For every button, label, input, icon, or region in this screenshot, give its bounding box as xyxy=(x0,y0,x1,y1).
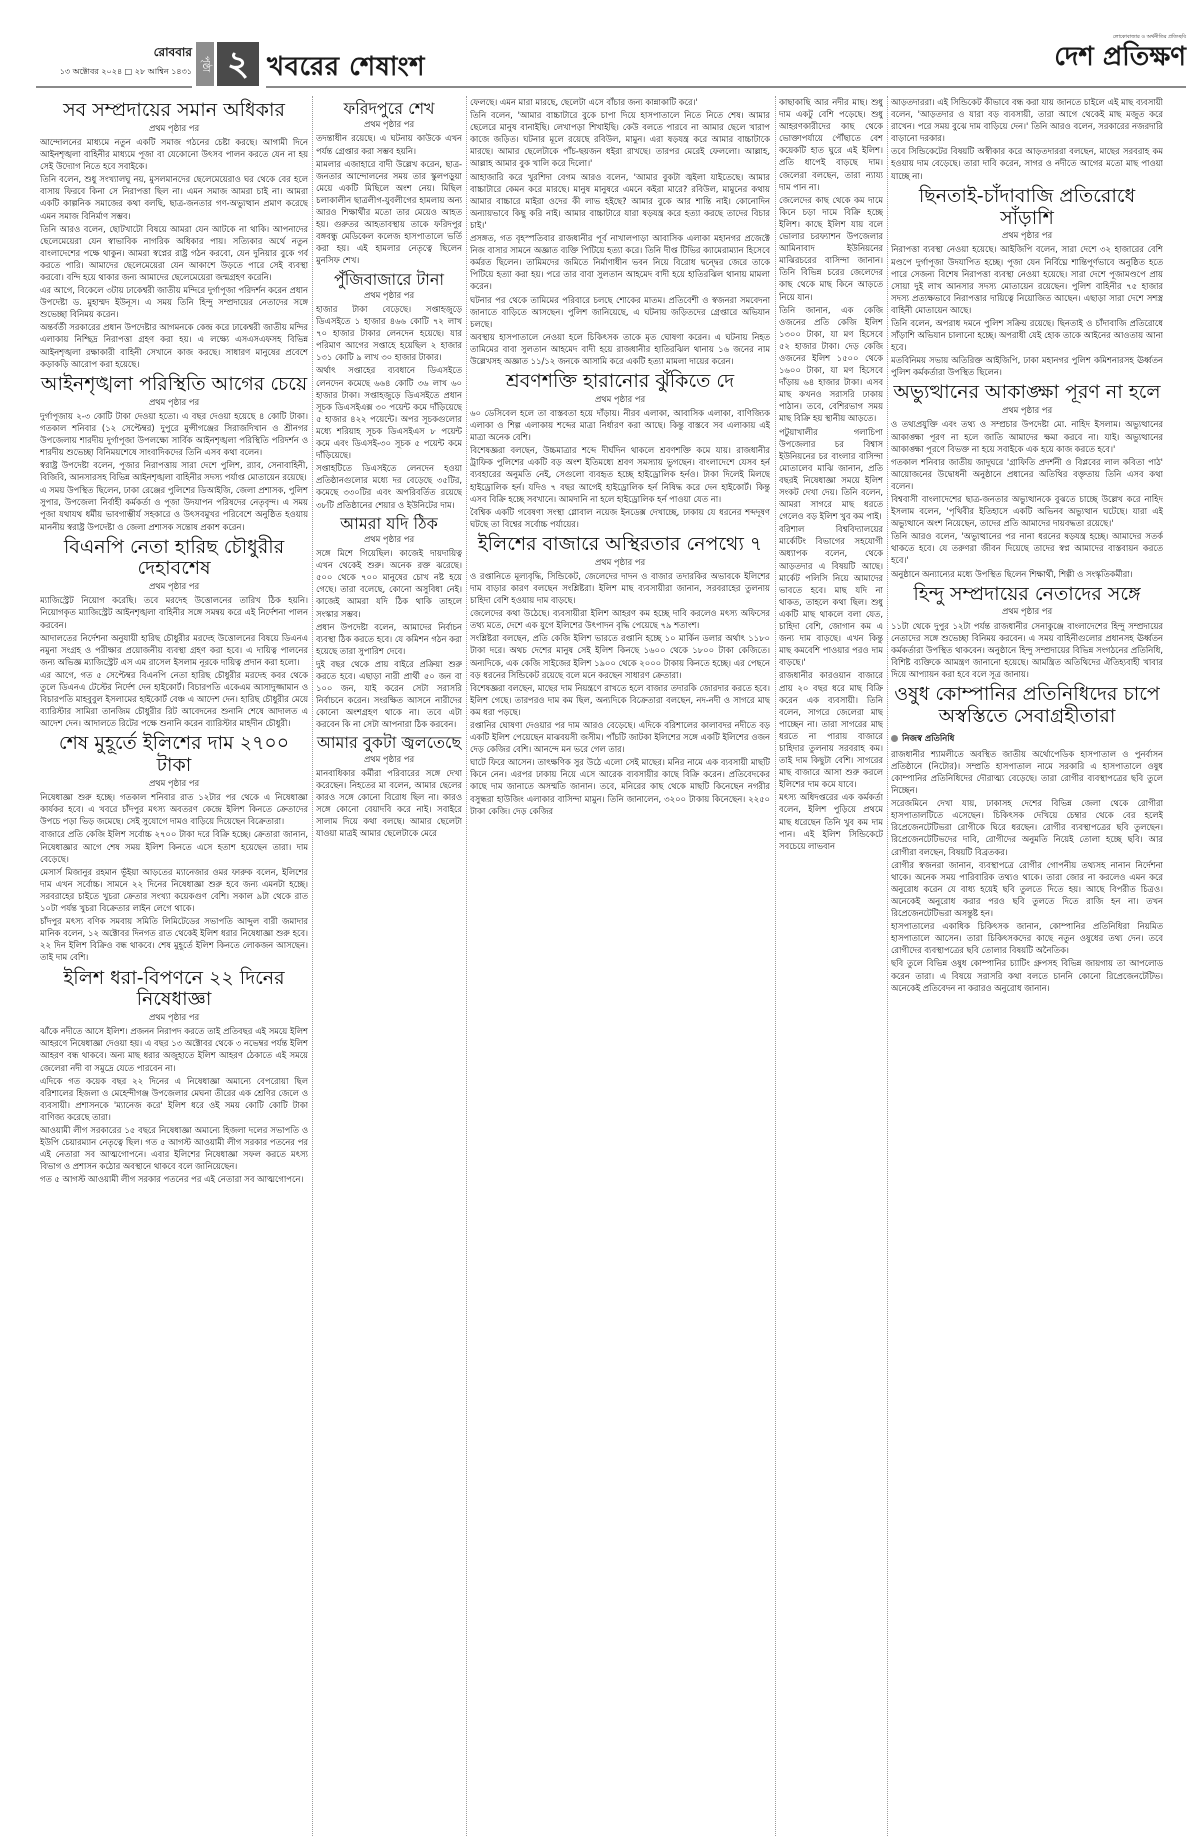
paragraph: সঙ্গে মিশে গিয়েছিল। কাজেই দায়দায়িত্ব … xyxy=(316,547,462,620)
headline: হিন্দু সম্প্রদায়ের নেতাদের সঙ্গে xyxy=(891,584,1163,606)
headline: পুঁজিবাজারে টানা xyxy=(316,271,462,289)
paragraph: দুই বছর থেকে প্রায় বাইরে প্রক্রিয়া শুর… xyxy=(316,658,462,731)
paragraph: বিশ্ববাসী বাংলাদেশের ছাত্র-জনতার অভ্যুত্… xyxy=(891,493,1163,529)
article-if-we-are-right: আমরা যদি ঠিক প্রথম পৃষ্ঠার পর সঙ্গে মিশে… xyxy=(316,515,462,731)
continued-label: প্রথম পৃষ্ঠার পর xyxy=(40,122,308,134)
article-anti-extortion: ছিনতাই-চাঁদাবাজি প্রতিরোধে সাঁড়াশি প্রথ… xyxy=(891,186,1163,379)
paragraph: তিনি আরও বলেন, 'অভ্যুত্থানের পর নানা ধরন… xyxy=(891,530,1163,566)
column-d: কাছাকাছি আর নদীর মাছ। শুধু দাম একটু বেশি… xyxy=(779,96,883,1838)
article-hindu-leaders: হিন্দু সম্প্রদায়ের নেতাদের সঙ্গে প্রথম … xyxy=(891,584,1163,680)
paragraph: এর আগে, বিকেলে ৩টায় ঢাকেশ্বরী জাতীয় মন… xyxy=(40,284,308,320)
continued-label: প্রথম পৃষ্ঠার পর xyxy=(40,396,308,408)
article-law-order: আইনশৃঙ্খলা পরিস্থিতি আগের চেয়ে প্রথম পৃ… xyxy=(40,374,308,533)
paragraph: ১১টা থেকে দুপুর ১২টা পর্যন্ত রাজধানীর সে… xyxy=(891,620,1163,680)
continued-label: প্রথম পৃষ্ঠার পর xyxy=(40,1011,308,1023)
column-b: ফরিদপুরে শেখ প্রথম পৃষ্ঠার পর তদন্তাধীন … xyxy=(316,96,462,1838)
paragraph: তদন্তাধীন রয়েছে। এ ঘটনায় কাউকে এখন পর্… xyxy=(316,132,462,156)
headline-line-2: অস্বস্তিতে সেবাগ্রহীতারা xyxy=(891,706,1163,728)
byline-text: নিজস্ব প্রতিনিধি xyxy=(902,733,954,743)
paragraph: ৬০ ডেসিবেল হলে তা বাস্তবতা হয়ে দাঁড়ায়… xyxy=(470,407,770,443)
paragraph: আড়তদাররা। এই সিন্ডিকেট কীভাবে বন্ধ করা … xyxy=(891,96,1163,144)
article-pharma-representatives: ওষুধ কোম্পানির প্রতিনিধিদের চাপে অস্বস্ত… xyxy=(891,684,1163,994)
continued-label: প্রথম পৃষ্ঠার পর xyxy=(316,118,462,130)
paragraph: তিনি বলেন, অপরাধ দমনে পুলিশ সক্রিয় রয়ে… xyxy=(891,317,1163,353)
issue-day: রোববার xyxy=(36,44,192,64)
paragraph: ঘটনার পর থেকে তামিমের পরিবারে চলছে শোকের… xyxy=(470,294,770,330)
bullet-icon xyxy=(891,735,898,742)
paragraph: রাজধানীর শ্যামলীতে অবস্থিত জাতীয় অর্থোপ… xyxy=(891,748,1163,796)
headline: বিএনপি নেতা হারিছ চৌধুরীর দেহাবশেষ xyxy=(40,537,308,581)
article-uprising-aspirations: অভ্যুত্থানের আকাঙ্ক্ষা পূরণ না হলে প্রথম… xyxy=(891,382,1163,579)
paragraph: কাছাকাছি আর নদীর মাছ। শুধু দাম একটু বেশি… xyxy=(779,96,883,193)
paragraph: আহাজারি করে খুরশিদা বেগম আরও বলেন, 'আমার… xyxy=(470,171,770,231)
headline: ইলিশ ধরা-বিপণনে ২২ দিনের নিষেধাজ্ঞা xyxy=(40,968,308,1012)
paragraph: রপ্তানির ঘোষণা দেওয়ার পর দাম আরও বেড়েছ… xyxy=(470,719,770,755)
column-divider xyxy=(887,96,888,1836)
continued-label: প্রথম পৃষ্ঠার পর xyxy=(40,777,308,789)
paragraph: প্রধান উপদেষ্টা বলেন, আমাদের নির্বাচন ব্… xyxy=(316,621,462,657)
article-hearing-loss: শ্রবণশক্তি হারানোর ঝুঁকিতে দে প্রথম পৃষ্… xyxy=(470,371,770,530)
headline: আমার বুকটা জ্বলতেছে xyxy=(316,734,462,752)
article-faridpur-continued: ফেলছে। এমন মারা মারছে, ছেলেটা এসে বাঁচার… xyxy=(470,96,770,367)
headline: ফরিদপুরে শেখ xyxy=(316,100,462,118)
headline: ইলিশের বাজারে অস্থিরতার নেপথ্যে ৭ xyxy=(470,534,770,556)
paragraph: অনুষ্ঠানে অন্যান্যের মধ্যে উপস্থিত ছিলেন… xyxy=(891,568,1163,580)
paragraph: জেলেদের কথা উঠেছে। ব্যবসায়ীরা ইলিশ আহরণ… xyxy=(470,607,770,631)
continued-label: প্রথম পৃষ্ঠার পর xyxy=(891,229,1163,241)
article-stock-market: পুঁজিবাজারে টানা প্রথম পৃষ্ঠার পর হাজার … xyxy=(316,271,462,511)
paragraph: তিনি জানান, এক কেজি ওজনের প্রতি কেজি ইলি… xyxy=(779,304,883,425)
continued-label: প্রথম পৃষ্ঠার পর xyxy=(316,289,462,301)
logo-tagline: লোকোবাজার ও অর্থনীতির প্রতিচ্ছবি xyxy=(1054,34,1186,42)
continued-label: প্রথম পৃষ্ঠার পর xyxy=(40,580,308,592)
paragraph: আওয়ামী লীগ সরকারের ১৫ বছরে নিষেধাজ্ঞা অ… xyxy=(40,1124,308,1172)
paragraph: মৎস্য অধিদপ্তরের এক কর্মকর্তা বলেন, ইলিশ… xyxy=(779,791,883,851)
page-label: পৃষ্ঠা xyxy=(196,42,214,86)
byline: নিজস্ব প্রতিনিধি xyxy=(891,732,1163,744)
paragraph: বরিশাল বিশ্ববিদ্যালয়ের মার্কেটিং বিভাগে… xyxy=(779,523,883,668)
paragraph: বাজারে প্রতি কেজি ইলিশ সর্বোচ্চ ২৭০০ টাক… xyxy=(40,828,308,864)
paragraph: আদালতের নির্দেশনা অনুযায়ী হারিছ চৌধুরীর… xyxy=(40,632,308,668)
headline: শ্রবণশক্তি হারানোর ঝুঁকিতে দে xyxy=(470,371,770,393)
article-bnp-leader: বিএনপি নেতা হারিছ চৌধুরীর দেহাবশেষ প্রথম… xyxy=(40,537,308,730)
issue-date: ১৩ অক্টোবর ২০২৪ □ ২৮ আশ্বিন ১৪৩১ xyxy=(36,66,192,79)
article-my-heart-burns: আমার বুকটা জ্বলতেছে প্রথম পৃষ্ঠার পর মান… xyxy=(316,734,462,839)
paragraph: নিষেধাজ্ঞা শুরু হচ্ছে। গতকাল শনিবার রাত … xyxy=(40,791,308,827)
article-faridpur: ফরিদপুরে শেখ প্রথম পৃষ্ঠার পর তদন্তাধীন … xyxy=(316,100,462,267)
paragraph: রোগীর স্বজনরা জানান, ব্যবস্থাপত্রে রোগীর… xyxy=(891,859,1163,919)
masthead: রোববার ১৩ অক্টোবর ২০২৪ □ ২৮ আশ্বিন ১৪৩১ … xyxy=(36,40,1186,88)
headline: আইনশৃঙ্খলা পরিস্থিতি আগের চেয়ে xyxy=(40,374,308,396)
article-equal-rights: সব সম্প্রদায়ের সমান অধিকার প্রথম পৃষ্ঠা… xyxy=(40,100,308,370)
headline: আমরা যদি ঠিক xyxy=(316,515,462,533)
paragraph: বৈশ্বিক একটি গবেষণা সংস্থা গ্লোবাল নয়েজ… xyxy=(470,506,770,530)
paragraph: ফেলছে। এমন মারা মারছে, ছেলেটা এসে বাঁচার… xyxy=(470,96,770,108)
column-divider xyxy=(312,96,313,1836)
article-hilsa-market-instability: ইলিশের বাজারে অস্থিরতার নেপথ্যে ৭ প্রথম … xyxy=(470,534,770,817)
paragraph: তিনি আরও বলেন, ছোটখাটো বিষয়ে আমরা যেন আ… xyxy=(40,223,308,283)
continued-label: প্রথম পৃষ্ঠার পর xyxy=(470,556,770,568)
paragraph: প্রসঙ্গত, গত বৃহস্পতিবার রাজধানীর পূর্ব … xyxy=(470,232,770,292)
continued-label: প্রথম পৃষ্ঠার পর xyxy=(470,393,770,405)
paragraph: ছবি তুলে বিভিন্ন ওষুধ কোম্পানির চ্যাটিং … xyxy=(891,957,1163,993)
paragraph: আন্দোলনের মাধ্যমে নতুন একটি সমাজ গঠনের চ… xyxy=(40,136,308,172)
paragraph: এদিকে গত কয়েক বছর ২২ দিনের এ নিষেধাজ্ঞা… xyxy=(40,1075,308,1123)
paragraph: এর আগে, গত ৫ সেপ্টেম্বর বিএনপি নেতা হারি… xyxy=(40,669,308,729)
column-c: ফেলছে। এমন মারা মারছে, ছেলেটা এসে বাঁচার… xyxy=(470,96,770,1838)
column-a: সব সম্প্রদায়ের সমান অধিকার প্রথম পৃষ্ঠা… xyxy=(40,96,308,1838)
paragraph: সরেজমিনে দেখা যায়, ঢাকাসহ দেশের বিভিন্ন… xyxy=(891,797,1163,857)
article-hilsa-syndicate-continued: আড়তদাররা। এই সিন্ডিকেট কীভাবে বন্ধ করা … xyxy=(891,96,1163,182)
paragraph: তবে সিন্ডিকেটের বিষয়টি অস্বীকার করে আড়… xyxy=(891,145,1163,181)
column-divider xyxy=(466,96,467,1836)
paragraph: চাঁদপুর মৎস্য বণিক সমবায় সমিতি লিমিটেডে… xyxy=(40,915,308,963)
paragraph: হাসপাতালের একাধিক চিকিৎসক জানান, কোম্পান… xyxy=(891,920,1163,956)
headline-line-1: ওষুধ কোম্পানির প্রতিনিধিদের চাপে xyxy=(891,684,1163,706)
paragraph: ও রপ্তানিতে মূল্যবৃদ্ধি, সিন্ডিকেট, জেলে… xyxy=(470,570,770,606)
article-hilsa-ban: ইলিশ ধরা-বিপণনে ২২ দিনের নিষেধাজ্ঞা প্রথ… xyxy=(40,968,308,1186)
issue-date-block: রোববার ১৩ অক্টোবর ২০২৪ □ ২৮ আশ্বিন ১৪৩১ xyxy=(36,44,192,79)
paragraph: অন্তর্বর্তী সরকারের প্রধান উপদেষ্টার আগম… xyxy=(40,321,308,369)
paragraph: সপ্তাহটিতে ডিএসইতে লেনদেন হওয়া প্রতিষ্ঠ… xyxy=(316,462,462,510)
paragraph: এ সময় উপস্থিত ছিলেন, ঢাকা রেঞ্জের পুলিশ… xyxy=(40,484,308,532)
article-hilsa-price: শেষ মুহূর্তে ইলিশের দাম ২৭০০ টাকা প্রথম … xyxy=(40,733,308,963)
paragraph: দুর্গাপূজায় ২-৩ কোটি টাকা দেওয়া হতো। এ… xyxy=(40,410,308,458)
paragraph: মেসার্স মিজানুর রহমান ভূঁইয়া আড়তের ম্য… xyxy=(40,866,308,914)
paragraph: গতকাল শনিবার জাতীয় জাদুঘরে 'গ্রাফিতি প্… xyxy=(891,456,1163,492)
continued-label: প্রথম পৃষ্ঠার পর xyxy=(891,404,1163,416)
paragraph: হাজার টাকা বেড়েছে। সপ্তাহজুড়ে ডিএসইতে … xyxy=(316,303,462,363)
paragraph: ঘাটে ফিরে আসেন। তাৎক্ষণিক সুর উঠে এলো সে… xyxy=(470,756,770,816)
logo-name: দেশ প্রতিক্ষণ xyxy=(1054,42,1186,72)
paragraph: সংশ্লিষ্টরা বলছেন, প্রতি কেজি ইলিশ ভারতে… xyxy=(470,632,770,680)
paragraph: ম্যাজিস্ট্রেট নিয়োগ করেছি। তবে মরদেহ উত… xyxy=(40,594,308,630)
section-title: খবরের শেষাংশ xyxy=(267,46,425,90)
newspaper-logo: লোকোবাজার ও অর্থনীতির প্রতিচ্ছবি দেশ প্র… xyxy=(1054,34,1186,72)
paragraph: বিশেষজ্ঞরা বলছেন, মাছের দাম নিয়ন্ত্রণে … xyxy=(470,682,770,718)
headline: অভ্যুত্থানের আকাঙ্ক্ষা পূরণ না হলে xyxy=(891,382,1163,404)
paragraph: স্বরাষ্ট্র উপদেষ্টা বলেন, পূজার নিরাপত্ত… xyxy=(40,459,308,483)
paragraph: পটুয়াখালীর গলাচিপা উপজেলার চর বিশ্বাস ই… xyxy=(779,426,883,523)
paragraph: ঝাঁকে নদীতে আসে ইলিশ। প্রজনন নিরাপদ করতে… xyxy=(40,1025,308,1073)
continued-label: প্রথম পৃষ্ঠার পর xyxy=(316,533,462,545)
header-rule-right xyxy=(266,86,1186,88)
paragraph: তিনি বলেন, 'আমার বাচ্চাটারে বুকে চাপা দি… xyxy=(470,109,770,169)
continued-label: প্রথম পৃষ্ঠার পর xyxy=(891,605,1163,617)
paragraph: ও তথ্যপ্রযুক্তি এবং তথ্য ও সম্প্রচার উপদ… xyxy=(891,418,1163,454)
paragraph: তিনি বলেন, শুধু সংখ্যালঘু নয়, মুসলমানদে… xyxy=(40,173,308,221)
headline: ছিনতাই-চাঁদাবাজি প্রতিরোধে সাঁড়াশি xyxy=(891,186,1163,230)
page-number: ২ xyxy=(217,42,259,86)
column-e: আড়তদাররা। এই সিন্ডিকেট কীভাবে বন্ধ করা … xyxy=(891,96,1163,1838)
paragraph: মতবিনিময় সভায় অতিরিক্ত আইজিপি, ঢাকা মহ… xyxy=(891,354,1163,378)
continued-label: প্রথম পৃষ্ঠার পর xyxy=(316,753,462,765)
paragraph: রাজধানীর কারওয়ান বাজারে প্রায় ২০ বছর ধ… xyxy=(779,669,883,790)
header-rule-left xyxy=(36,86,192,88)
headline: শেষ মুহূর্তে ইলিশের দাম ২৭০০ টাকা xyxy=(40,733,308,777)
paragraph: অর্থাৎ সপ্তাহের ব্যবধানে ডিএসইতে লেনদেন … xyxy=(316,364,462,461)
headline: সব সম্প্রদায়ের সমান অধিকার xyxy=(40,100,308,122)
article-hilsa-market-continued: কাছাকাছি আর নদীর মাছ। শুধু দাম একটু বেশি… xyxy=(779,96,883,852)
paragraph: মানবাধিকার কর্মীরা পরিবারের সঙ্গে দেখা ক… xyxy=(316,767,462,840)
paragraph: বিশেষজ্ঞরা বলছেন, উচ্চমাত্রার শব্দে দীর্… xyxy=(470,444,770,504)
paragraph: নিরাপত্তা ব্যবস্থা নেওয়া হয়েছে। আইজিপি… xyxy=(891,243,1163,316)
paragraph: মামলার এজাহারে বাদী উল্লেখ করেন, ছাত্র-জ… xyxy=(316,158,462,267)
paragraph: জেলেদের কাছ থেকে কম দামে কিনে চড়া দামে … xyxy=(779,194,883,303)
paragraph: অবস্থায় হাসপাতালে নেওয়া হলে চিকিৎসক তা… xyxy=(470,331,770,367)
column-divider xyxy=(775,96,776,1836)
paragraph: গত ৫ আগস্ট আওয়ামী লীগ সরকার পতনের পর এই… xyxy=(40,1173,308,1185)
